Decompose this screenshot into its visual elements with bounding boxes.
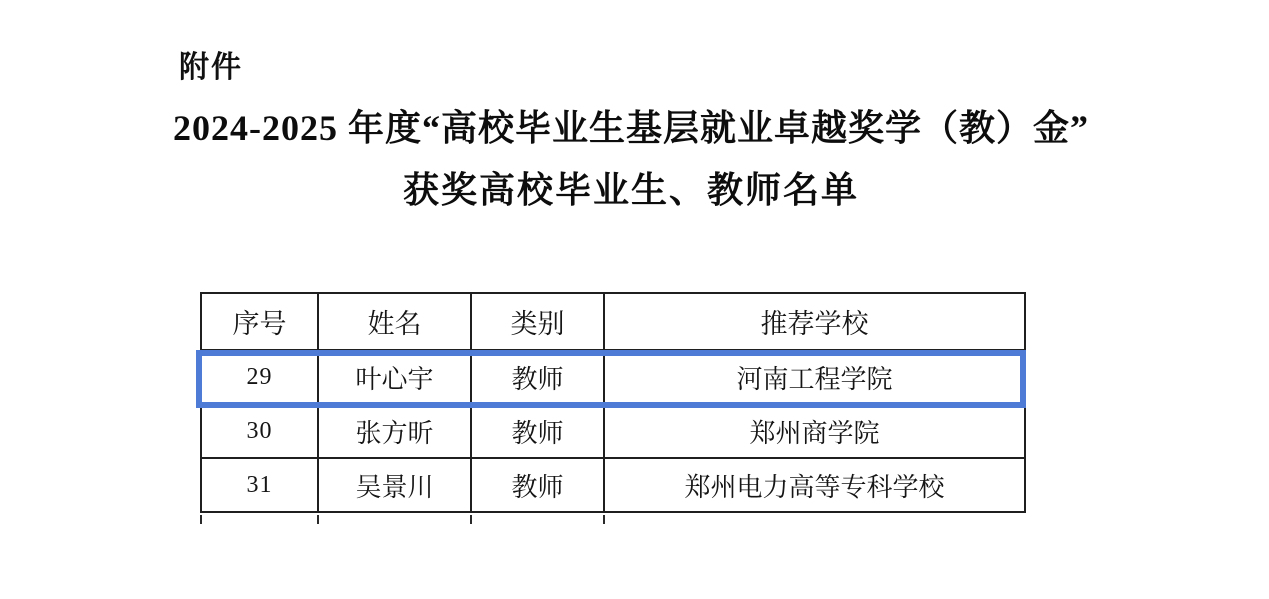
table-cutoff-stub	[603, 515, 605, 524]
document-title-line1: 2024-2025 年度“高校毕业生基层就业卓越奖学（教）金”	[100, 104, 1162, 152]
cell-name: 张方昕	[318, 404, 471, 458]
cell-no: 29	[201, 350, 318, 404]
cell-category: 教师	[471, 404, 604, 458]
table-row: 30 张方昕 教师 郑州商学院	[201, 404, 1025, 458]
cell-no: 31	[201, 458, 318, 512]
table-header-row: 序号 姓名 类别 推荐学校	[201, 293, 1025, 350]
scanned-document-page: { "document": { "attachment_label": "附件"…	[0, 0, 1269, 599]
award-table-container: 序号 姓名 类别 推荐学校 29 叶心宇 教师 河南工程学院 30 张方昕 教师…	[200, 292, 1024, 513]
header-no: 序号	[201, 293, 318, 350]
table-cutoff-stub	[200, 515, 202, 524]
cell-school: 河南工程学院	[604, 350, 1025, 404]
document-title-line2: 获奖高校毕业生、教师名单	[100, 168, 1162, 212]
cell-name: 叶心宇	[318, 350, 471, 404]
table-row: 29 叶心宇 教师 河南工程学院	[201, 350, 1025, 404]
cell-name: 吴景川	[318, 458, 471, 512]
cell-school: 郑州商学院	[604, 404, 1025, 458]
table-row: 31 吴景川 教师 郑州电力高等专科学校	[201, 458, 1025, 512]
cell-no: 30	[201, 404, 318, 458]
attachment-label: 附件	[179, 42, 243, 86]
table-cutoff-stub	[317, 515, 319, 524]
table-cutoff-stub	[470, 515, 472, 524]
document-title: 2024-2025 年度“高校毕业生基层就业卓越奖学（教）金” 获奖高校毕业生、…	[100, 104, 1162, 212]
cell-school: 郑州电力高等专科学校	[604, 458, 1025, 512]
cell-category: 教师	[471, 458, 604, 512]
header-name: 姓名	[318, 293, 471, 350]
award-table: 序号 姓名 类别 推荐学校 29 叶心宇 教师 河南工程学院 30 张方昕 教师…	[200, 292, 1026, 513]
header-school: 推荐学校	[604, 293, 1025, 350]
header-category: 类别	[471, 293, 604, 350]
cell-category: 教师	[471, 350, 604, 404]
